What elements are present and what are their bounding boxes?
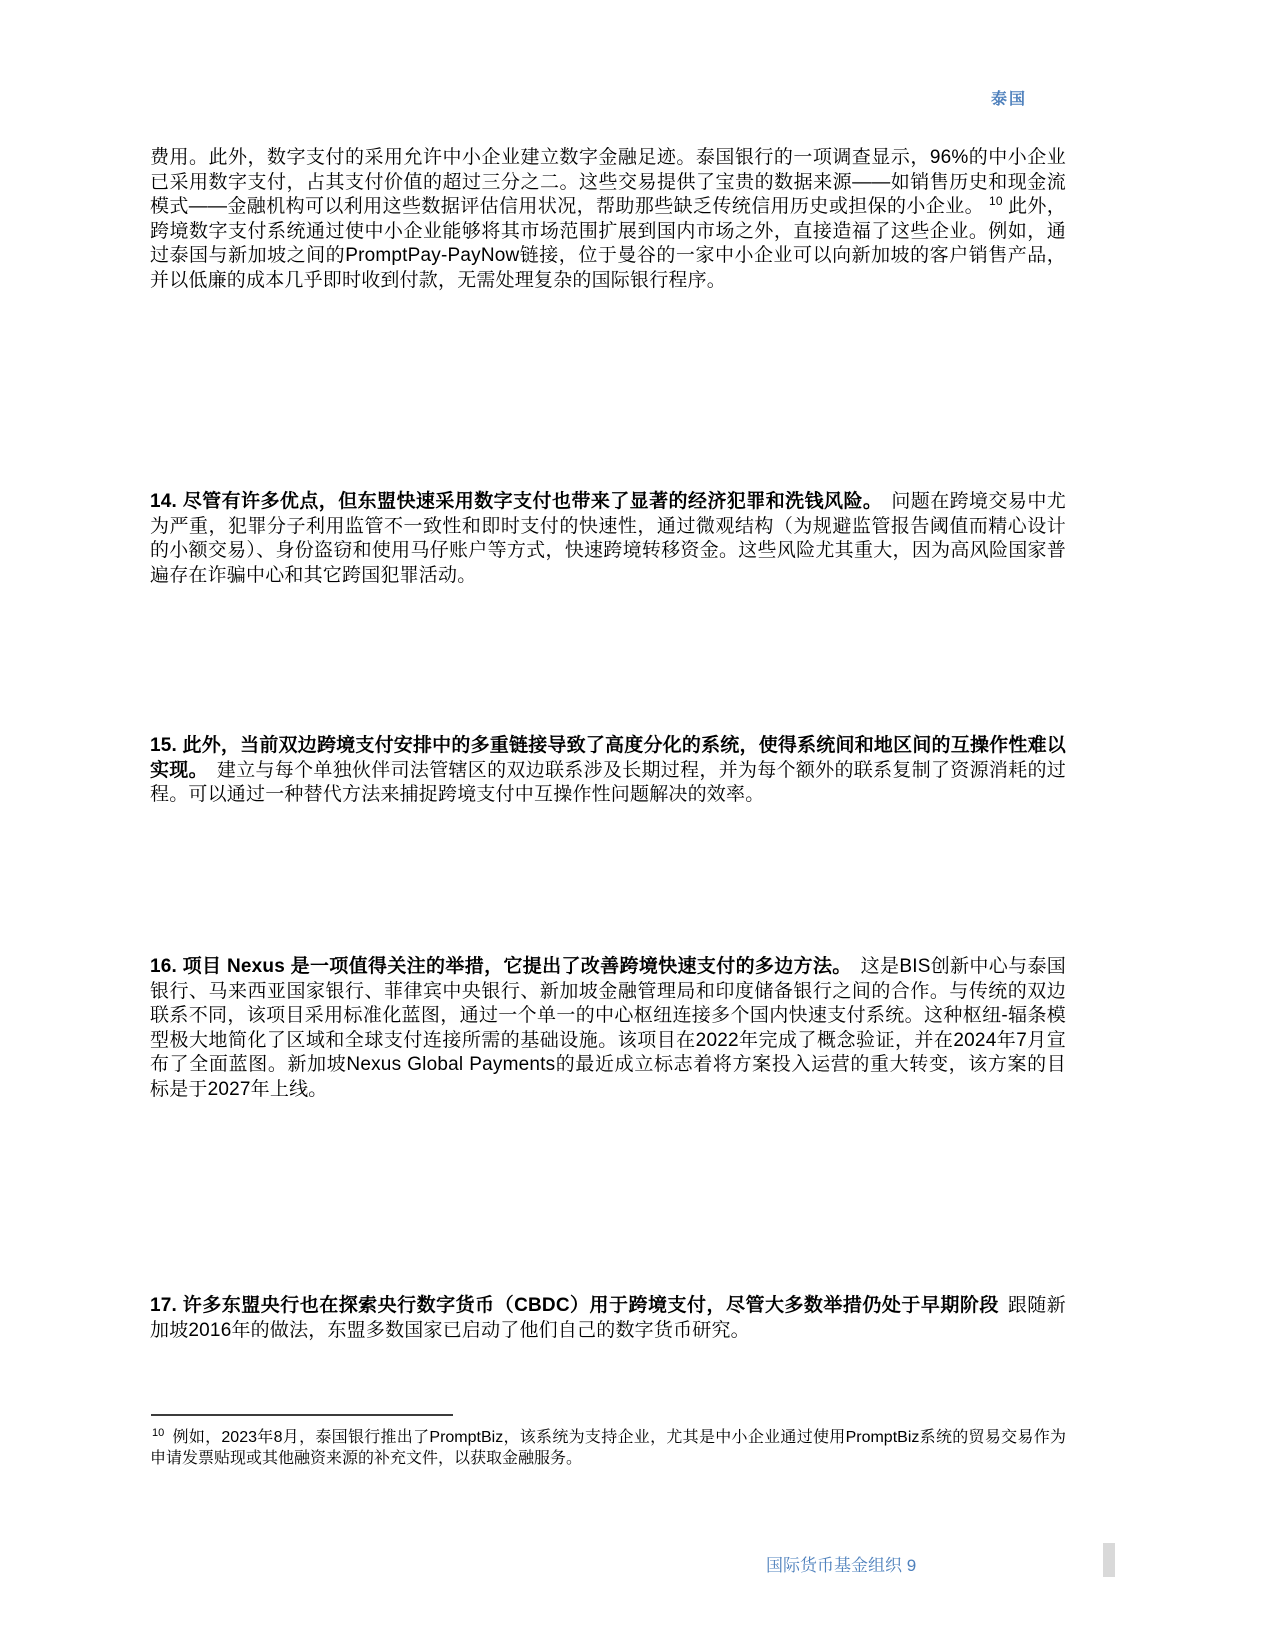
footnote-text: 例如，2023年8月，泰国银行推出了PromptBiz，该系统为支持企业，尤其是… xyxy=(150,1429,1066,1467)
footnote-separator-rule xyxy=(151,1414,453,1416)
paragraph-15: 15. 此外，当前双边跨境支付安排中的多重链接导致了高度分化的系统，使得系统间和… xyxy=(150,734,1066,808)
footnote-reference-10[interactable]: 10 xyxy=(989,194,1003,208)
document-page: 泰国 费用。此外，数字支付的采用允许中小企业建立数字金融足迹。泰国银行的一项调查… xyxy=(0,0,1275,1650)
paragraph-text: 建立与每个单独伙伴司法管辖区的双边联系涉及长期过程，并为每个额外的联系复制了资源… xyxy=(150,760,1066,806)
page-footer: 国际货币基金组织 9 xyxy=(766,1551,916,1576)
paragraph-lead: 16. 项目 Nexus 是一项值得关注的举措，它提出了改善跨境快速支付的多边方… xyxy=(150,956,852,977)
running-header-country: 泰国 xyxy=(991,86,1027,109)
paragraph-lead: 17. 许多东盟央行也在探索央行数字货币（CBDC）用于跨境支付，尽管大多数举措… xyxy=(150,1295,999,1316)
footnote-marker: 10 xyxy=(152,1427,164,1439)
footnote-10: 10例如，2023年8月，泰国银行推出了PromptBiz，该系统为支持企业，尤… xyxy=(150,1428,1066,1469)
paragraph-text: 这是BIS创新中心与泰国银行、马来西亚国家银行、菲律宾中央银行、新加坡金融管理局… xyxy=(150,956,1066,1100)
paragraph-lead: 14. 尽管有许多优点，但东盟快速采用数字支付也带来了显著的经济犯罪和洗钱风险。 xyxy=(150,491,882,512)
paragraph-continuation: 费用。此外，数字支付的采用允许中小企业建立数字金融足迹。泰国银行的一项调查显示，… xyxy=(150,146,1066,293)
paragraph-17: 17. 许多东盟央行也在探索央行数字货币（CBDC）用于跨境支付，尽管大多数举措… xyxy=(150,1294,1066,1343)
footer-page-number: 9 xyxy=(907,1556,916,1575)
paragraph-14: 14. 尽管有许多优点，但东盟快速采用数字支付也带来了显著的经济犯罪和洗钱风险。… xyxy=(150,490,1066,588)
footer-publisher: 国际货币基金组织 xyxy=(766,1556,902,1575)
paragraph-text: 费用。此外，数字支付的采用允许中小企业建立数字金融足迹。泰国银行的一项调查显示，… xyxy=(150,147,1066,217)
paragraph-16: 16. 项目 Nexus 是一项值得关注的举措，它提出了改善跨境快速支付的多边方… xyxy=(150,955,1066,1102)
side-gray-marker xyxy=(1103,1543,1115,1577)
